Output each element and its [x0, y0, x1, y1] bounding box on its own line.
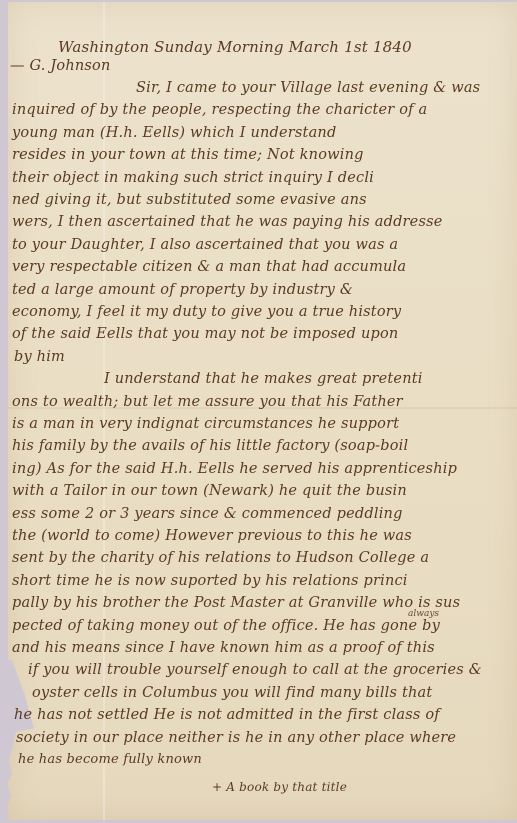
letter-body: Washington Sunday Morning March 1st 1840…: [0, 0, 517, 823]
letter-line: he has not settled He is not admitted in…: [14, 707, 440, 723]
letter-line: is a man in very indignat circumstances …: [12, 416, 399, 432]
letter-line: very respectable citizen & a man that ha…: [12, 259, 406, 275]
addressee-line: — G. Johnson: [10, 58, 111, 74]
letter-line: his family by the avails of his little f…: [12, 438, 408, 454]
letter-line: ing) As for the said H.h. Eells he serve…: [12, 461, 457, 477]
letter-line: he has become fully known: [18, 752, 202, 767]
letter-line: resides in your town at this time; Not k…: [12, 147, 364, 163]
letter-line: oyster cells in Columbus you will find m…: [32, 685, 432, 701]
letter-line: and his means since I have known him as …: [12, 640, 435, 656]
letter-line: short time he is now suported by his rel…: [12, 573, 408, 589]
letter-line: pected of taking money out of the office…: [12, 618, 440, 634]
letter-line: inquired of by the people, respecting th…: [12, 102, 427, 118]
letter-line: I understand that he makes great pretent…: [104, 371, 423, 387]
letter-line: young man (H.h. Eells) which I understan…: [12, 125, 336, 141]
letter-line: if you will trouble yourself enough to c…: [28, 662, 482, 678]
letter-line: ons to wealth; but let me assure you tha…: [12, 394, 403, 410]
letter-line: sent by the charity of his relations to …: [12, 550, 429, 566]
letter-line: ted a large amount of property by indust…: [12, 282, 353, 298]
letter-line: by him: [14, 349, 65, 365]
letter-line: of the said Eells that you may not be im…: [12, 326, 398, 342]
letter-line: their object in making such strict inqui…: [12, 170, 374, 186]
letter-line: wers, I then ascertained that he was pay…: [12, 214, 443, 230]
letter-line: ess some 2 or 3 years since & commenced …: [12, 506, 403, 522]
letter-line: Sir, I came to your Village last evening…: [136, 80, 480, 96]
letter-line: pally by his brother the Post Master at …: [12, 595, 460, 611]
letter-line: to your Daughter, I also ascertained tha…: [12, 237, 398, 253]
letter-line: ned giving it, but substituted some evas…: [12, 192, 367, 208]
place-date-line: Washington Sunday Morning March 1st 1840: [58, 38, 412, 56]
letter-line: with a Tailor in our town (Newark) he qu…: [12, 483, 407, 499]
letter-line: society in our place neither is he in an…: [16, 730, 456, 746]
letter-line: the (world to come) However previous to …: [12, 528, 412, 544]
signature-line: + A book by that title: [212, 780, 347, 794]
letter-line: economy, I feel it my duty to give you a…: [12, 304, 401, 320]
